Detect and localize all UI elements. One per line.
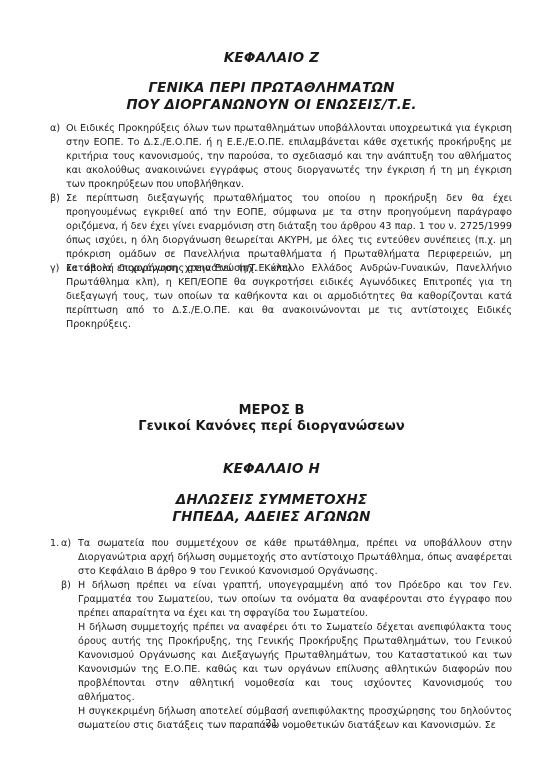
- chapter-z-item-a: α) Οι Ειδικές Προκηρύξεις όλων των πρωτα…: [50, 122, 512, 192]
- item-text: Η δήλωση πρέπει να είναι γραπτή, υπογεγρ…: [78, 579, 512, 621]
- chapter-z-item-c: γ) Σε όποια διοργάνωση χρειαστεί (πχ. Κύ…: [50, 262, 512, 332]
- item-continuation: Η δήλωση συμμετοχής πρέπει να αναφέρει ό…: [78, 621, 512, 705]
- chapter-h-title: ΔΗΛΩΣΕΙΣ ΣΥΜΜΕΤΟΧΗΣ ΓΗΠΕΔΑ, ΑΔΕΙΕΣ ΑΓΩΝΩ…: [0, 492, 543, 526]
- item-label: β): [61, 579, 71, 593]
- page-number: 21: [0, 718, 543, 729]
- item-text: Οι Ειδικές Προκηρύξεις όλων των πρωταθλη…: [66, 122, 512, 192]
- item-label: γ): [50, 262, 59, 276]
- chapter-h-title-line1: ΔΗΛΩΣΕΙΣ ΣΥΜΜΕΤΟΧΗΣ: [0, 492, 543, 509]
- part-b-header: ΜΕΡΟΣ Β Γενικοί Κανόνες περί διοργανώσεω…: [0, 403, 543, 435]
- chapter-h-heading: ΚΕΦΑΛΑΙΟ Η: [0, 461, 543, 477]
- chapter-z-heading: ΚΕΦΑΛΑΙΟ Ζ: [0, 50, 543, 66]
- chapter-z-title-line1: ΓΕΝΙΚΑ ΠΕΡΙ ΠΡΩΤΑΘΛΗΜΑΤΩΝ: [0, 80, 543, 97]
- item-label: α): [61, 537, 71, 551]
- item-label: α): [50, 122, 60, 136]
- part-b-heading: ΜΕΡΟΣ Β: [0, 403, 543, 419]
- chapter-h-item-1b: β) Η δήλωση πρέπει να είναι γραπτή, υπογ…: [50, 579, 512, 733]
- part-b-subtitle: Γενικοί Κανόνες περί διοργανώσεων: [0, 419, 543, 435]
- item-label: β): [50, 192, 60, 206]
- chapter-h-title-line2: ΓΗΠΕΔΑ, ΑΔΕΙΕΣ ΑΓΩΝΩΝ: [0, 509, 543, 526]
- chapter-z-title: ΓΕΝΙΚΑ ΠΕΡΙ ΠΡΩΤΑΘΛΗΜΑΤΩΝ ΠΟΥ ΔΙΟΡΓΑΝΩΝΟ…: [0, 80, 543, 114]
- document-page: ΚΕΦΑΛΑΙΟ Ζ ΓΕΝΙΚΑ ΠΕΡΙ ΠΡΩΤΑΘΛΗΜΑΤΩΝ ΠΟΥ…: [0, 0, 543, 768]
- section-number: 1.: [50, 537, 59, 551]
- chapter-z-title-line2: ΠΟΥ ΔΙΟΡΓΑΝΩΝΟΥΝ ΟΙ ΕΝΩΣΕΙΣ/Τ.Ε.: [0, 97, 543, 114]
- item-text: Σε όποια διοργάνωση χρειαστεί (πχ. Κύπελ…: [66, 262, 512, 332]
- chapter-h-item-1a: 1. α) Τα σωματεία που συμμετέχουν σε κάθ…: [50, 537, 512, 579]
- item-text: Τα σωματεία που συμμετέχουν σε κάθε πρωτ…: [78, 537, 512, 579]
